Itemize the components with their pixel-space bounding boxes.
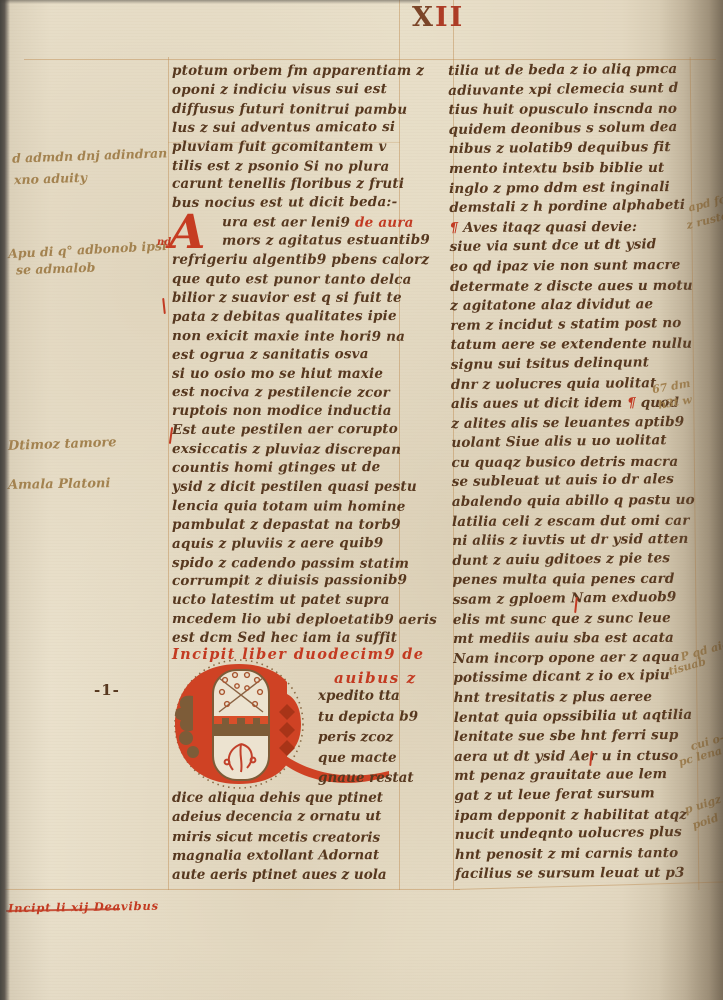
text-line: corrumpit z diuisis passionib9 bbox=[172, 571, 414, 591]
text-line: bus nocius est ut dicit beda:- bbox=[172, 193, 414, 213]
text-line: dunt z auiu gditoes z pie tes bbox=[452, 549, 700, 572]
text-segment: tilia ut de beda z io aliq pmca bbox=[448, 61, 677, 79]
text-line: peris zcoz bbox=[318, 727, 418, 748]
text-line: refrigeriu algentib9 pbens calorz bbox=[172, 251, 414, 270]
text-line: xpedito tta bbox=[318, 686, 418, 707]
text-segment: eo qd ipaz vie non sunt macre bbox=[450, 257, 681, 275]
text-line: se subleuat ut auis io dr ales bbox=[452, 470, 700, 493]
text-line: ruptois non modice inductia bbox=[172, 402, 414, 421]
text-segment: abalendo quia abillo q pastu uo bbox=[452, 492, 695, 510]
text-segment: Nam incorp opone aer z aqua bbox=[453, 649, 680, 667]
text-segment: z agitatone alaz dividut ae bbox=[450, 296, 653, 314]
text-line: tilis est z psonio Si no plura bbox=[172, 157, 414, 177]
text-segment: quidem deonibus s solum dea bbox=[448, 119, 677, 138]
scan-edge-left bbox=[0, 0, 10, 1000]
text-line: oponi z indiciu visus sui est bbox=[172, 80, 414, 100]
text-line: carunt tenellis floribus z fruti bbox=[172, 175, 414, 194]
text-line: mcedem lio ubi deploetatib9 aeris bbox=[172, 610, 414, 630]
text-segment: inglo z pmo ddm est inginali bbox=[449, 179, 670, 197]
text-segment: hnt penosit z mi carnis tanto bbox=[455, 845, 678, 863]
text-segment: pluviam fuit gcomitantem v bbox=[172, 139, 387, 155]
text-segment: exsiccatis z pluviaz discrepan bbox=[172, 441, 401, 458]
text-segment: Aves itaqz quasi devie: bbox=[463, 219, 637, 236]
text-segment: mt penaz grauitate aue lem bbox=[454, 766, 667, 784]
text-segment: facilius se sursum leuat ut p3 bbox=[455, 865, 685, 882]
text-segment: countis homi gtinges ut de bbox=[172, 459, 380, 476]
text-line: dice aliqua dehis que ptinet bbox=[172, 789, 414, 808]
text-line: potissime dicant z io ex ipiu bbox=[453, 666, 701, 689]
text-line: adeius decencia z ornatu ut bbox=[172, 807, 414, 827]
text-segment: que quto est punor tanto delca bbox=[172, 271, 412, 288]
text-segment: latilia celi z escam dut omi car bbox=[452, 512, 690, 529]
text-line: non exicit maxie inte hori9 na bbox=[172, 327, 414, 347]
text-segment: corrumpit z diuisis passionib9 bbox=[172, 572, 407, 589]
text-line: lencia quia totam uim homine bbox=[172, 497, 414, 517]
text-line: latilia celi z escam dut omi car bbox=[452, 511, 700, 532]
text-line: countis homi gtinges ut de bbox=[172, 458, 414, 478]
text-line: ucto latestim ut patet supra bbox=[172, 591, 414, 610]
text-segment: z alites alis se leuantes aptib9 bbox=[451, 414, 684, 432]
text-segment: penes multa quia penes card bbox=[452, 571, 674, 588]
text-segment: mt mediis auiu sba est acata bbox=[453, 630, 674, 647]
text-line: nucit undeqnto uolucres plus bbox=[455, 823, 703, 846]
margin-note-left-5: Dtimoz tamore bbox=[8, 435, 117, 454]
text-segment: dunt z auiu gditoes z pie tes bbox=[452, 550, 670, 569]
text-segment: dice aliqua dehis que ptinet bbox=[172, 790, 383, 806]
text-below-initial: dice aliqua dehis que ptinetadeius decen… bbox=[172, 789, 414, 885]
text-line: elis mt sunc que z sunc leue bbox=[453, 608, 701, 630]
text-segment: rem z incidut s statim post no bbox=[450, 315, 681, 334]
text-segment: tilis est z psonio Si no plura bbox=[172, 158, 390, 175]
text-segment: mors z agitatus estuantib9 bbox=[222, 232, 430, 249]
text-segment: xpedito tta bbox=[318, 688, 400, 704]
text-line: tu depicta b9 bbox=[318, 706, 418, 727]
text-segment: de aura bbox=[355, 215, 414, 231]
text-segment: mento intextu bsib biblie ut bbox=[449, 160, 664, 177]
text-segment: si uo osio mo se hiut maxie bbox=[172, 366, 383, 382]
text-segment: oponi z indiciu visus sui est bbox=[172, 81, 387, 98]
text-segment: mcedem lio ubi deploetatib9 aeris bbox=[172, 611, 437, 628]
red-tick-2 bbox=[162, 298, 166, 314]
text-line: lenitate sue sbe hnt ferri sup bbox=[454, 726, 702, 748]
text-segment: peris zcoz bbox=[318, 729, 393, 745]
text-segment: determate z discte aues u motu bbox=[450, 277, 693, 294]
text-segment: elis mt sunc que z sunc leue bbox=[453, 610, 671, 628]
text-line: gat z ut leue ferat sursum bbox=[454, 784, 702, 807]
text-segment: gnaue restat bbox=[318, 770, 414, 786]
text-line: mt mediis auiu sba est acata bbox=[453, 629, 701, 650]
text-segment: est ogrua z sanitatis osva bbox=[172, 346, 369, 363]
text-line: que macte bbox=[318, 747, 418, 768]
text-line: uolant Siue alis u uo uolitat bbox=[451, 431, 699, 454]
text-segment: ucto latestim ut patet supra bbox=[172, 592, 390, 608]
text-line: nibus z uolatib9 dequibus fit bbox=[449, 138, 697, 160]
margin-note-red-nd: nd bbox=[157, 237, 171, 248]
text-line: demstali z h pordine alphabeti bbox=[449, 196, 697, 219]
text-segment: pata z debitas qualitates ipie bbox=[172, 308, 397, 325]
text-line: aute aeris ptinet aues z uola bbox=[172, 866, 414, 885]
text-line: determate z discte aues u motu bbox=[450, 276, 698, 297]
text-segment: bus nocius est ut dicit beda:- bbox=[172, 194, 397, 211]
text-segment: carunt tenellis floribus z fruti bbox=[172, 176, 404, 192]
margin-note-left-6: Amala Platoni bbox=[8, 476, 111, 493]
text-segment: pambulat z depastat na torb9 bbox=[172, 517, 401, 533]
text-segment: ipam depponit z habilitat atqz bbox=[455, 806, 688, 823]
text-segment: alis aues ut dicit idem bbox=[451, 395, 627, 412]
text-segment: uolant Siue alis u uo uolitat bbox=[451, 432, 667, 451]
text-line: ura est aer leni9 de aura bbox=[172, 213, 414, 233]
text-segment: siue via sunt dce ut dt ysid bbox=[450, 237, 657, 256]
text-segment: aute aeris ptinet aues z uola bbox=[172, 867, 387, 883]
text-segment: adeius decencia z ornatu ut bbox=[172, 808, 381, 825]
text-line: pambulat z depastat na torb9 bbox=[172, 516, 414, 535]
text-segment: demstali z h pordine alphabeti bbox=[449, 197, 685, 216]
text-line: aera ut dt ysid Aer u in ctuso bbox=[454, 746, 702, 767]
text-beside-initial: xpedito ttatu depicta b9peris zcozque ma… bbox=[318, 686, 418, 789]
text-line: facilius se sursum leuat ut p3 bbox=[455, 864, 703, 885]
text-segment: que macte bbox=[318, 749, 397, 765]
text-segment: ni aliis z iuvtis ut dr ysid atten bbox=[452, 531, 688, 549]
text-segment: aera ut dt ysid Aer u in ctuso bbox=[454, 748, 678, 765]
text-segment: ssam z gploem Nam exduob9 bbox=[453, 589, 677, 608]
text-line: pluviam fuit gcomitantem v bbox=[172, 138, 414, 157]
text-segment: signu sui tsitus delinqunt bbox=[451, 354, 650, 373]
text-line: lentat quia opssibilia ut aqtilia bbox=[454, 705, 702, 728]
text-segment: ruptois non modice inductia bbox=[172, 403, 392, 419]
folio-number-ii: II bbox=[435, 2, 464, 33]
text-segment: nucit undeqnto uolucres plus bbox=[455, 824, 682, 843]
text-line: est ogrua z sanitatis osva bbox=[172, 345, 414, 365]
text-segment: lencia quia totam uim homine bbox=[172, 498, 406, 515]
text-line: pata z debitas qualitates ipie bbox=[172, 307, 414, 327]
text-line: exsiccatis z pluviaz discrepan bbox=[172, 440, 414, 460]
quire-mark: -1- bbox=[94, 681, 120, 699]
text-segment: aquis z pluviis z aere quib9 bbox=[172, 535, 384, 552]
text-column-right: tilia ut de beda z io aliq pmcaadiuvante… bbox=[448, 60, 703, 885]
text-line: rem z incidut s statim post no bbox=[450, 313, 698, 336]
text-segment: dnr z uolucres quia uolitat bbox=[451, 375, 657, 393]
margin-note-left-1: d admdn dnj adindran bbox=[12, 145, 168, 165]
text-line: que quto est punor tanto delca bbox=[172, 270, 414, 290]
ruling-horizontal-bottom-left bbox=[0, 889, 460, 890]
text-line: est nociva z pestilencie zcor bbox=[172, 383, 414, 403]
text-line: gnaue restat bbox=[318, 768, 418, 789]
text-segment: miris sicut mcetis creatoris bbox=[172, 829, 380, 846]
text-segment: potissime dicant z io ex ipiu bbox=[453, 668, 670, 687]
text-line: adiuvante xpi clemecia sunt d bbox=[448, 78, 696, 101]
text-segment: nibus z uolatib9 dequibus fit bbox=[449, 139, 671, 157]
text-line: signu sui tsitus delinqunt bbox=[451, 353, 699, 376]
text-segment: ¶ bbox=[449, 220, 463, 236]
text-segment: lentat quia opssibilia ut aqtilia bbox=[454, 706, 693, 725]
text-line: Est aute pestilen aer corupto bbox=[172, 420, 414, 440]
text-line: magnalia extollant Adornat bbox=[172, 846, 414, 866]
folio-number-x: X bbox=[412, 2, 435, 33]
manuscript-page: XII ptotum orbem fm apparentiam zoponi z… bbox=[0, 0, 723, 1000]
text-segment: non exicit maxie inte hori9 na bbox=[172, 328, 405, 345]
text-segment: adiuvante xpi clemecia sunt d bbox=[448, 80, 678, 99]
margin-note-left-2: xno aduity bbox=[14, 170, 87, 188]
text-line: diffusus futuri tonitrui pambu bbox=[172, 100, 414, 120]
margin-note-left-3: Apu di q° adbonob ipsi bbox=[8, 238, 167, 261]
text-segment: ura est aer leni9 bbox=[222, 214, 355, 230]
text-segment: gat z ut leue ferat sursum bbox=[454, 785, 655, 804]
text-segment: diffusus futuri tonitrui pambu bbox=[172, 101, 407, 118]
text-segment: se subleuat ut auis io dr ales bbox=[452, 472, 675, 491]
text-line: si uo osio mo se hiut maxie bbox=[172, 365, 414, 384]
text-column-left: ptotum orbem fm apparentiam zoponi z ind… bbox=[172, 62, 414, 648]
text-line: eo qd ipaz vie non sunt macre bbox=[450, 256, 698, 278]
text-segment: cu quaqz busico detris macra bbox=[451, 454, 678, 471]
text-line: mors z agitatus estuantib9 bbox=[172, 231, 414, 251]
text-segment: hnt tresitatis z plus aeree bbox=[454, 689, 653, 706]
bottom-red-note: Incipt li xij Deavibus bbox=[8, 899, 159, 916]
text-segment: est dcm Sed hec iam ia suffit bbox=[172, 630, 397, 646]
initial-a-aura: A bbox=[169, 211, 205, 255]
text-line: bilior z suavior est q si fuit te bbox=[172, 289, 414, 308]
text-segment: magnalia extollant Adornat bbox=[172, 847, 379, 864]
text-segment: refrigeriu algentib9 pbens calorz bbox=[172, 252, 429, 268]
text-line: aquis z pluviis z aere quib9 bbox=[172, 534, 414, 554]
text-segment: lenitate sue sbe hnt ferri sup bbox=[454, 727, 679, 745]
text-line: mento intextu bsib biblie ut bbox=[449, 159, 697, 180]
text-segment: ysid z dicit pestilen quasi pestu bbox=[172, 479, 417, 495]
text-line: siue via sunt dce ut dt ysid bbox=[449, 235, 697, 258]
text-line: ysid z dicit pestilen quasi pestu bbox=[172, 478, 414, 497]
text-segment: ¶ bbox=[627, 395, 636, 411]
text-segment: tatum aere se extendente nullu bbox=[450, 336, 692, 353]
text-line: quidem deonibus s solum dea bbox=[448, 118, 696, 141]
text-line: hnt penosit z mi carnis tanto bbox=[455, 844, 703, 866]
scan-edge-top bbox=[0, 0, 420, 4]
margin-note-left-4: se admalob bbox=[16, 260, 96, 278]
text-segment: bilior z suavior est q si fuit te bbox=[172, 290, 402, 306]
text-line: ptotum orbem fm apparentiam z bbox=[172, 62, 414, 81]
folio-number: XII bbox=[412, 2, 464, 33]
text-line: lus z sui adventus amicato si bbox=[172, 118, 414, 138]
text-segment: ptotum orbem fm apparentiam z bbox=[172, 63, 424, 79]
text-segment: est nociva z pestilencie zcor bbox=[172, 384, 390, 401]
text-segment: lus z sui adventus amicato si bbox=[172, 119, 395, 136]
text-segment: tu depicta b9 bbox=[318, 708, 418, 724]
text-segment: tius huit opusculo inscnda no bbox=[448, 101, 677, 118]
text-line: miris sicut mcetis creatoris bbox=[172, 828, 414, 848]
text-segment: Est aute pestilen aer corupto bbox=[172, 421, 398, 438]
text-segment: spido z cadendo passim statim bbox=[172, 555, 409, 572]
text-line: abalendo quia abillo q pastu uo bbox=[452, 491, 700, 513]
